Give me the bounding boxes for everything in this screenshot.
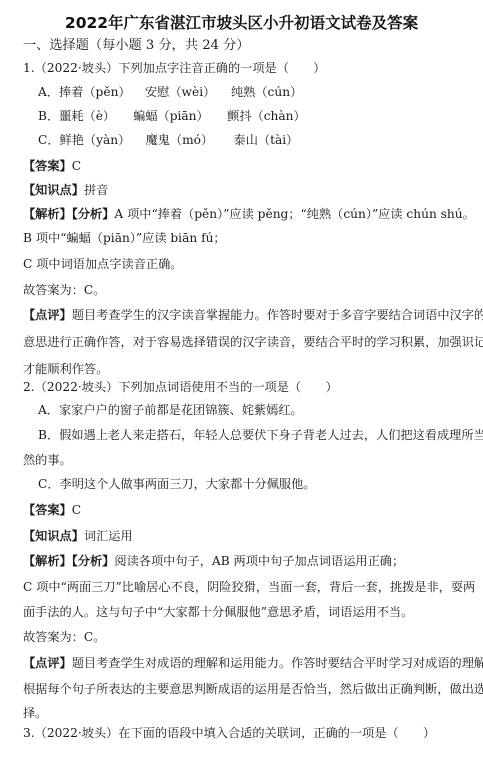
question-2-comment-line: 择。	[23, 705, 47, 721]
question-2-option-a: A．家家户户的窗子前都是花团锦簇、姹紫嫣红。	[38, 402, 303, 418]
option-label: C．	[38, 133, 60, 147]
option-label: B．	[38, 428, 59, 442]
question-1-stem: 1.（2022·坡头）下列加点字注音正确的一项是（ ）	[23, 60, 325, 76]
question-2-analysis-line: C 项中“两面三刀”比喻居心不良，阴险狡猾，当面一套，背后一套，挑拨是非，耍两	[23, 579, 463, 595]
question-1-option-a: A．捧着（pěn）安慰（wèi）纯熟（cún）	[38, 84, 302, 100]
question-2-comment-line: 根据每个句子所表达的主要意思判断成语的运用是否恰当，然后做出正确判断，做出选	[23, 681, 463, 697]
comment-text: 题目考查学生对成语的理解和运用能力。作答时要结合平时学习对成语的理解，	[72, 656, 483, 670]
analysis-tag: 【解析】【分析】	[23, 554, 114, 568]
comment-tag: 【点评】	[23, 656, 72, 670]
question-1-analysis: 【解析】【分析】A 项中“捧着（pěn）”应读 pěng；“纯熟（cún）”应读…	[23, 206, 475, 222]
option-label: A．	[38, 403, 59, 417]
question-2-knowledge: 【知识点】词汇运用	[23, 528, 133, 544]
question-1-comment-line: 意思进行正确作答，对于容易选择错误的汉字读音，要结合平时的学习积累，加强识记，	[23, 334, 463, 350]
question-3-stem: 3.（2022·坡头）在下面的语段中填入合适的关联词，正确的一项是（ ）	[23, 725, 435, 741]
question-2-analysis-line: 面手法的人。这与句子中“大家都十分佩服他”意思矛盾，词语运用不当。	[23, 604, 413, 620]
question-1-analysis-line: B 项中“蝙蝠（piān）”应读 biān fú；	[23, 230, 226, 246]
option-item: 捧着（pěn）	[59, 84, 145, 100]
document-title: 2022年广东省湛江市坡头区小升初语文试卷及答案	[0, 13, 483, 33]
option-item: 纯熟（cún）	[231, 84, 302, 100]
question-2-stem: 2.（2022·坡头）下列加点词语使用不当的一项是（ ）	[23, 379, 338, 395]
question-2-option-b-continuation: 然的事。	[23, 452, 72, 468]
option-label: A．	[38, 85, 59, 99]
question-1-answer: 【答案】C	[23, 158, 81, 174]
analysis-tag: 【解析】【分析】	[23, 207, 114, 221]
question-1-knowledge: 【知识点】拼音	[23, 182, 108, 198]
analysis-text: 阅读各项中句子，AB 两项中句子加点词语运用正确；	[114, 554, 404, 568]
comment-tag: 【点评】	[23, 308, 72, 322]
question-1-conclusion: 故答案为：C。	[23, 282, 105, 298]
option-item: 噩耗（è）	[59, 108, 133, 124]
question-1-comment-line: 才能顺利作答。	[23, 361, 108, 377]
option-text: 家家户户的窗子前都是花团锦簇、姹紫嫣红。	[59, 403, 303, 417]
option-label: B．	[38, 109, 59, 123]
answer-tag: 【答案】	[23, 159, 72, 173]
answer-value: C	[72, 159, 81, 173]
question-2-option-b: B．假如遇上老人来走搭石，年轻人总要伏下身子背老人过去，人们把这看成理所当	[38, 427, 463, 443]
knowledge-tag: 【知识点】	[23, 529, 84, 543]
option-item: 鲜艳（yàn）	[60, 132, 146, 148]
option-item: 泰山（tài）	[234, 132, 299, 148]
section-heading: 一、选择题（每小题 3 分，共 24 分）	[23, 38, 250, 54]
answer-value: C	[72, 503, 81, 517]
knowledge-value: 词汇运用	[84, 529, 133, 543]
knowledge-value: 拼音	[84, 183, 108, 197]
answer-tag: 【答案】	[23, 503, 72, 517]
question-2-conclusion: 故答案为：C。	[23, 629, 105, 645]
option-label: C．	[38, 477, 60, 491]
option-item: 魔鬼（mó）	[146, 132, 234, 148]
option-text: 假如遇上老人来走搭石，年轻人总要伏下身子背老人过去，人们把这看成理所当	[59, 428, 483, 442]
question-1-comment: 【点评】题目考查学生的汉字读音掌握能力。作答时要对于多音字要结合词语中汉字的	[23, 307, 463, 323]
question-1-analysis-line: C 项中词语加点字读音正确。	[23, 256, 182, 272]
question-1-option-c: C．鲜艳（yàn）魔鬼（mó）泰山（tài）	[38, 132, 298, 148]
question-2-answer: 【答案】C	[23, 502, 81, 518]
knowledge-tag: 【知识点】	[23, 183, 84, 197]
option-item: 蝙蝠（piān）	[133, 108, 227, 124]
question-1-option-b: B．噩耗（è）蝙蝠（piān）颤抖（chàn）	[38, 108, 306, 124]
option-item: 颤抖（chàn）	[227, 108, 306, 124]
comment-text: 题目考查学生的汉字读音掌握能力。作答时要对于多音字要结合词语中汉字的	[72, 308, 483, 322]
question-2-comment: 【点评】题目考查学生对成语的理解和运用能力。作答时要结合平时学习对成语的理解，	[23, 655, 463, 671]
question-2-analysis: 【解析】【分析】阅读各项中句子，AB 两项中句子加点词语运用正确；	[23, 553, 404, 569]
option-text: 李明这个人做事两面三刀，大家都十分佩服他。	[60, 477, 316, 491]
question-2-option-c: C．李明这个人做事两面三刀，大家都十分佩服他。	[38, 476, 315, 492]
analysis-text: A 项中“捧着（pěn）”应读 pěng；“纯熟（cún）”应读 chún sh…	[114, 207, 474, 221]
option-item: 安慰（wèi）	[145, 84, 231, 100]
